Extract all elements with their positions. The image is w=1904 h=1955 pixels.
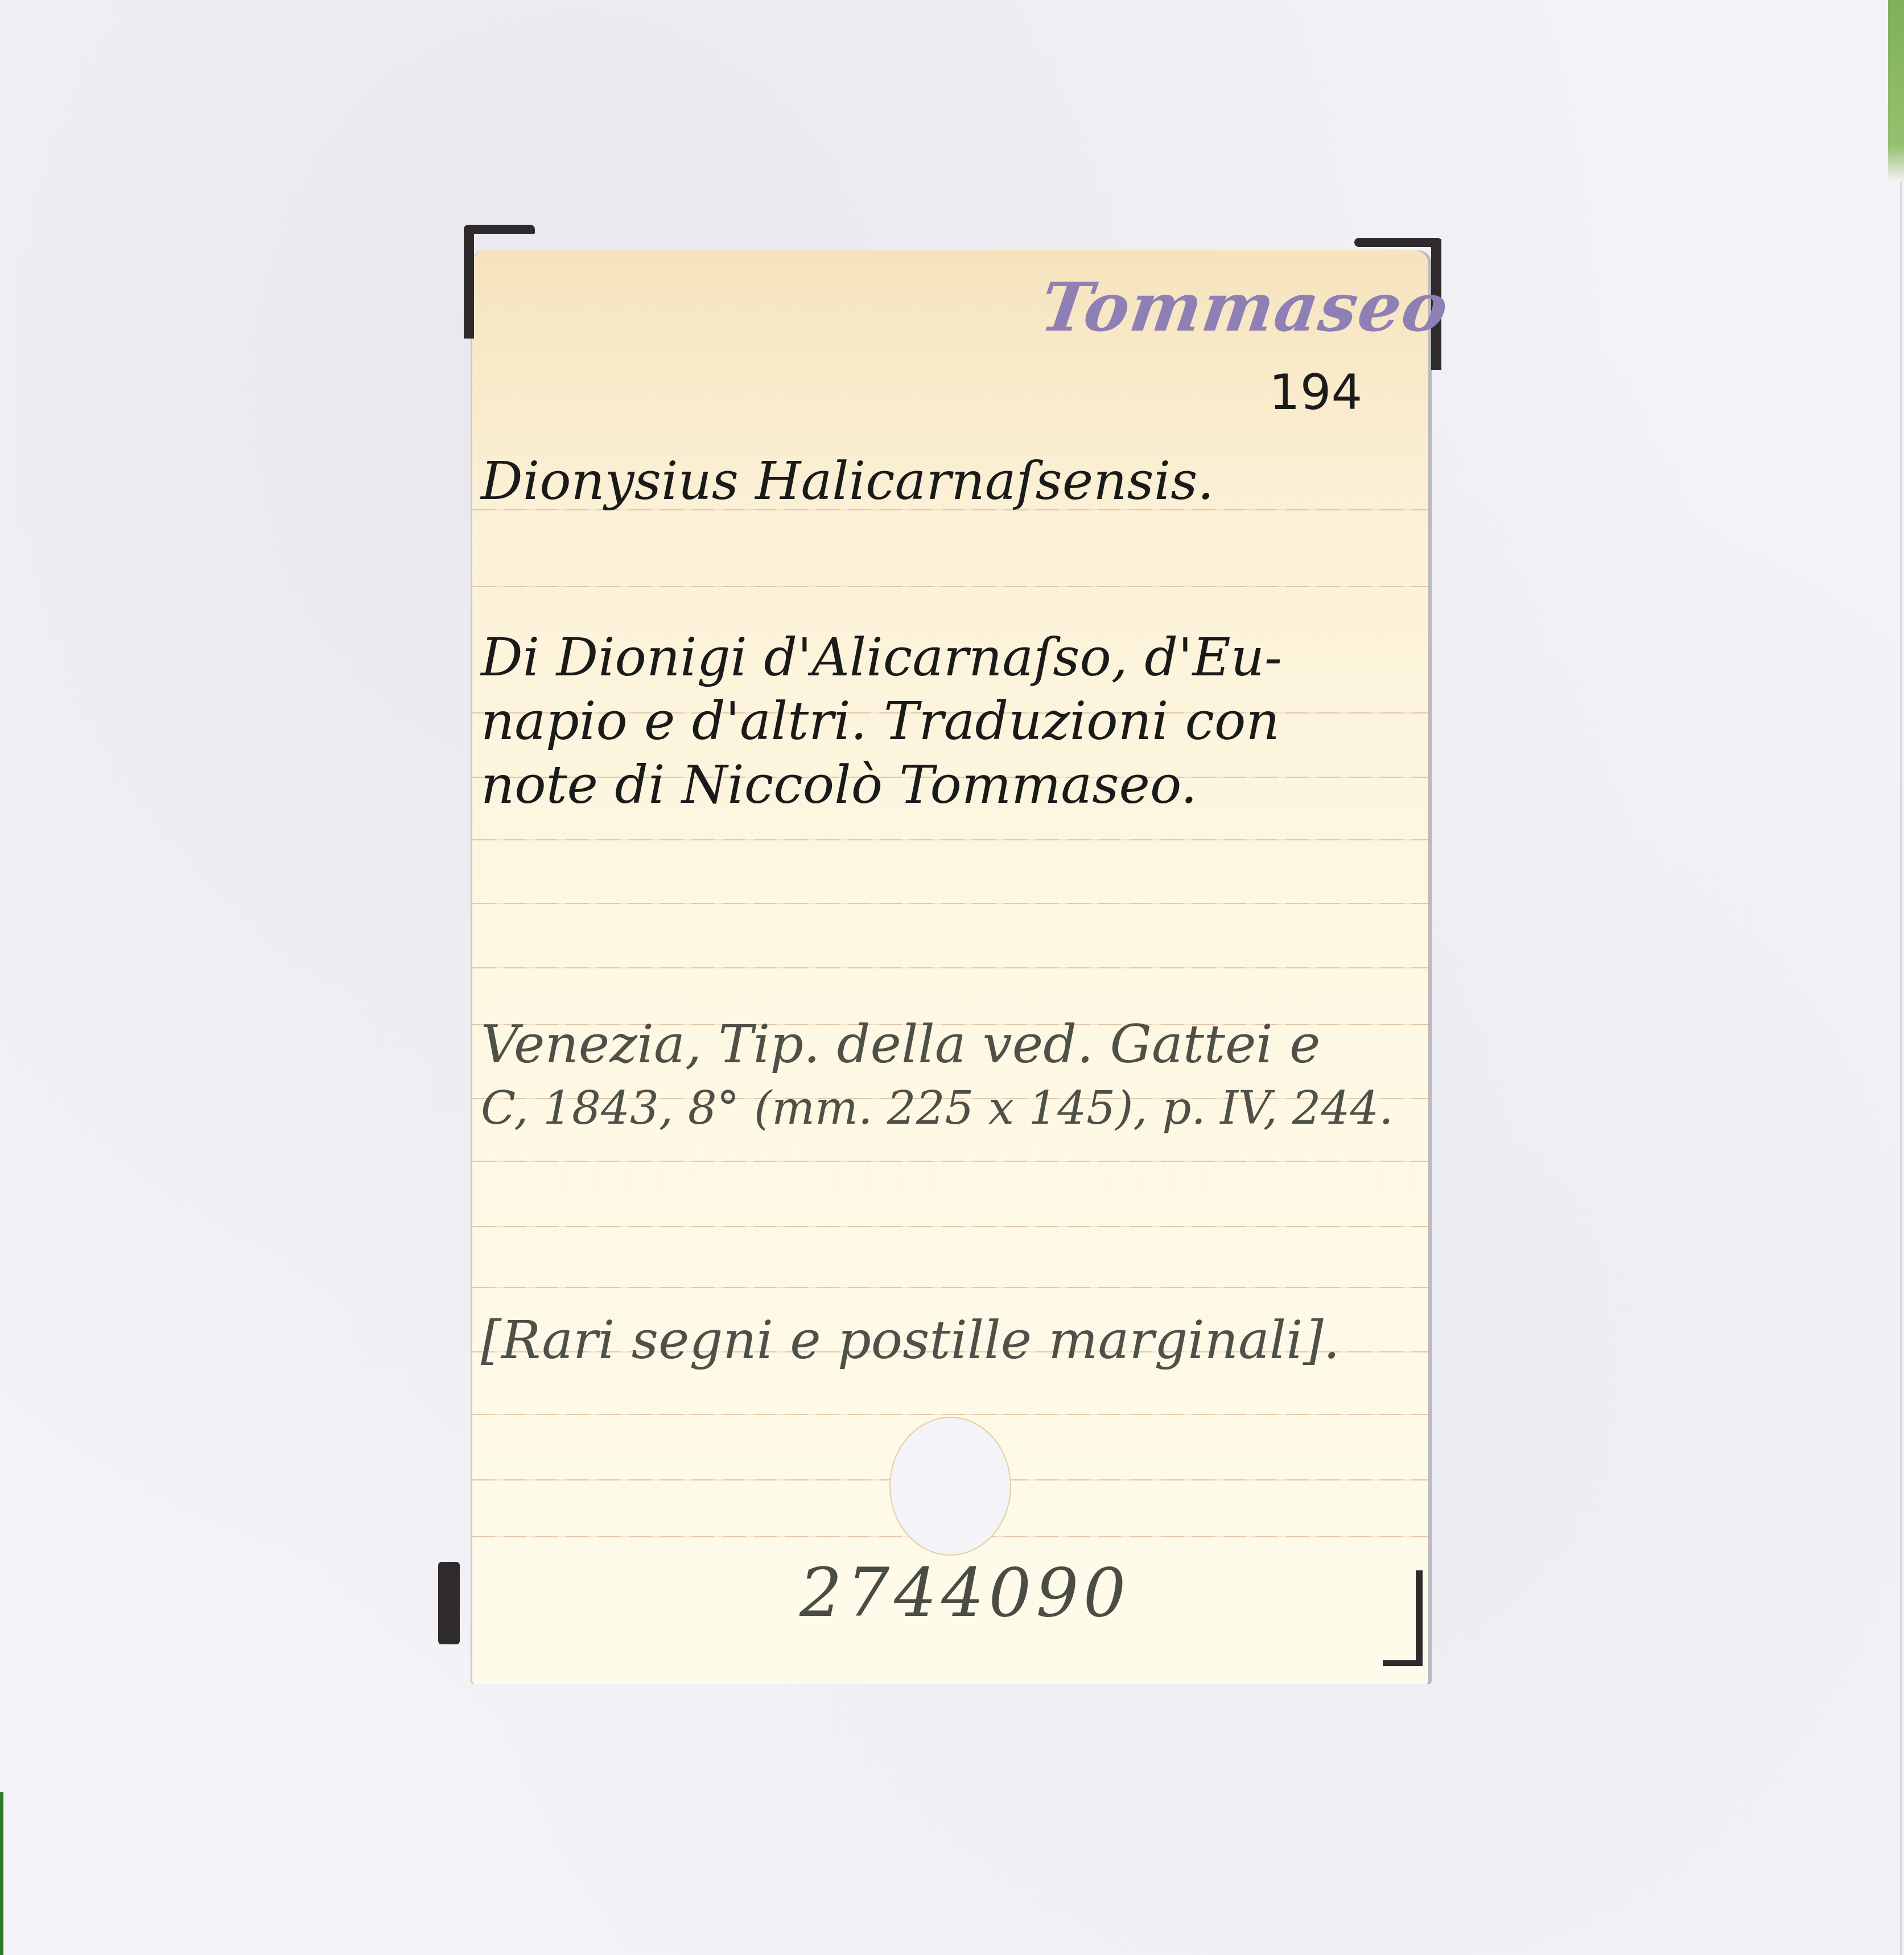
corner-clip-icon bbox=[464, 225, 535, 234]
ruled-line bbox=[472, 1287, 1428, 1288]
ruled-line bbox=[472, 1161, 1428, 1162]
corner-clip-icon bbox=[438, 1562, 460, 1644]
frame-edge bbox=[1900, 182, 1902, 1955]
corner-clip-icon bbox=[1416, 1570, 1423, 1661]
imprint-statement: Venezia, Tip. della ved. Gattei e C, 184… bbox=[481, 1013, 1414, 1140]
ruled-line bbox=[472, 839, 1428, 840]
ruled-line bbox=[472, 967, 1428, 968]
imprint-line: C, 1843, 8° (mm. 225 x 145), p. IV, 244. bbox=[481, 1077, 1414, 1140]
shelf-number: 194 bbox=[1269, 364, 1362, 421]
punch-hole bbox=[889, 1417, 1011, 1556]
green-edge-strip-left bbox=[0, 1792, 3, 1955]
title-line: napio e d'altri. Traduzioni con bbox=[481, 690, 1414, 753]
corner-clip-icon bbox=[464, 228, 474, 339]
author-heading: Dionysius Halicarnaſsensis. bbox=[481, 449, 1414, 513]
inventory-number: 2744090 bbox=[799, 1553, 1131, 1632]
title-line: note di Niccolò Tommaseo. bbox=[481, 753, 1414, 817]
ruled-line bbox=[472, 586, 1428, 587]
green-edge-strip bbox=[1888, 0, 1904, 182]
ruled-line bbox=[472, 1226, 1428, 1227]
copy-note: [Rari segni e postille marginali]. bbox=[481, 1309, 1414, 1372]
imprint-line: Venezia, Tip. della ved. Gattei e bbox=[481, 1013, 1414, 1077]
owner-stamp: Tommaseo bbox=[1036, 267, 1454, 347]
ruled-line bbox=[472, 1414, 1428, 1415]
corner-clip-icon bbox=[1354, 238, 1440, 247]
title-statement: Di Dionigi d'Alicarnaſso, d'Eu- napio e … bbox=[481, 626, 1414, 817]
ruled-line bbox=[472, 903, 1428, 904]
title-line: Di Dionigi d'Alicarnaſso, d'Eu- bbox=[481, 626, 1414, 690]
corner-clip-icon bbox=[1383, 1660, 1423, 1666]
